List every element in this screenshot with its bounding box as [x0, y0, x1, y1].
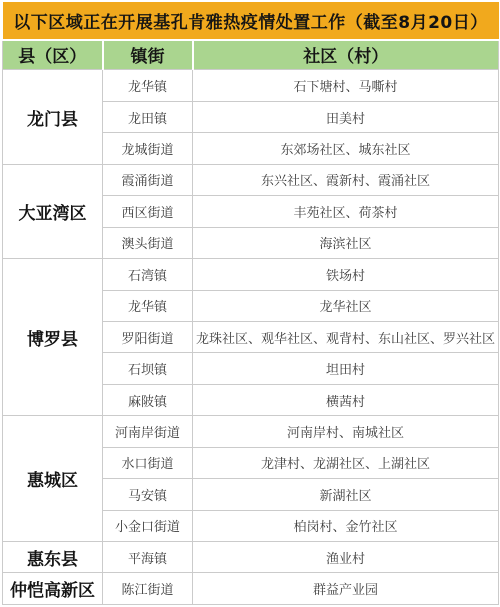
- communities-cell: 丰苑社区、荷茶村: [193, 196, 499, 227]
- town-cell: 陈江街道: [103, 573, 193, 605]
- column-header-county: 县（区）: [3, 40, 103, 70]
- county-cell: 仲恺高新区: [3, 573, 103, 605]
- town-cell: 西区街道: [103, 196, 193, 227]
- town-cell: 石湾镇: [103, 259, 193, 290]
- page-root: 以下区域正在开展基孔肯雅热疫情处置工作（截至8月20日） 县（区） 镇街 社区（…: [0, 0, 500, 607]
- communities-cell: 东郊场社区、城东社区: [193, 133, 499, 164]
- town-cell: 麻陂镇: [103, 384, 193, 415]
- communities-cell: 新湖社区: [193, 479, 499, 510]
- table-row: 仲恺高新区 陈江街道 群益产业园: [3, 573, 499, 605]
- town-cell: 河南岸街道: [103, 416, 193, 447]
- communities-cell: 横茜村: [193, 384, 499, 415]
- communities-cell: 石下塘村、马嘶村: [193, 70, 499, 101]
- town-cell: 龙田镇: [103, 101, 193, 132]
- title-row: 以下区域正在开展基孔肯雅热疫情处置工作（截至8月20日）: [3, 2, 499, 40]
- column-header-town: 镇街: [103, 40, 193, 70]
- town-cell: 罗阳街道: [103, 321, 193, 352]
- communities-cell: 龙津村、龙湖社区、上湖社区: [193, 447, 499, 478]
- communities-cell: 群益产业园: [193, 573, 499, 605]
- town-cell: 水口街道: [103, 447, 193, 478]
- town-cell: 小金口街道: [103, 510, 193, 541]
- table-row: 博罗县 石湾镇 铁场村: [3, 259, 499, 290]
- header-row: 县（区） 镇街 社区（村）: [3, 40, 499, 70]
- town-cell: 龙华镇: [103, 290, 193, 321]
- communities-cell: 海滨社区: [193, 227, 499, 258]
- town-cell: 石坝镇: [103, 353, 193, 384]
- county-cell: 龙门县: [3, 70, 103, 164]
- table-row: 惠城区 河南岸街道 河南岸村、南城社区: [3, 416, 499, 447]
- table-row: 惠东县 平海镇 渔业村: [3, 542, 499, 573]
- communities-cell: 龙珠社区、观华社区、观背村、东山社区、罗兴社区: [193, 321, 499, 352]
- town-cell: 龙城街道: [103, 133, 193, 164]
- communities-cell: 渔业村: [193, 542, 499, 573]
- communities-cell: 河南岸村、南城社区: [193, 416, 499, 447]
- table-row: 龙门县 龙华镇 石下塘村、马嘶村: [3, 70, 499, 101]
- town-cell: 平海镇: [103, 542, 193, 573]
- town-cell: 龙华镇: [103, 70, 193, 101]
- communities-cell: 田美村: [193, 101, 499, 132]
- epidemic-region-table: 以下区域正在开展基孔肯雅热疫情处置工作（截至8月20日） 县（区） 镇街 社区（…: [2, 2, 499, 605]
- town-cell: 澳头街道: [103, 227, 193, 258]
- table-row: 大亚湾区 霞涌街道 东兴社区、霞新村、霞涌社区: [3, 164, 499, 195]
- county-cell: 惠东县: [3, 542, 103, 573]
- town-cell: 霞涌街道: [103, 164, 193, 195]
- communities-cell: 坦田村: [193, 353, 499, 384]
- communities-cell: 东兴社区、霞新村、霞涌社区: [193, 164, 499, 195]
- county-cell: 大亚湾区: [3, 164, 103, 258]
- communities-cell: 铁场村: [193, 259, 499, 290]
- town-cell: 马安镇: [103, 479, 193, 510]
- table-title: 以下区域正在开展基孔肯雅热疫情处置工作（截至8月20日）: [3, 2, 499, 40]
- column-header-communities: 社区（村）: [193, 40, 499, 70]
- communities-cell: 龙华社区: [193, 290, 499, 321]
- county-cell: 惠城区: [3, 416, 103, 542]
- county-cell: 博罗县: [3, 259, 103, 416]
- communities-cell: 柏岗村、金竹社区: [193, 510, 499, 541]
